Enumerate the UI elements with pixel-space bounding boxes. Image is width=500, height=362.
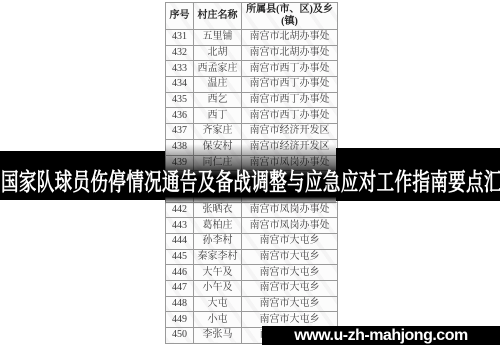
village-name-cell: 孙李村 [194, 233, 242, 249]
row-number-cell: 435 [166, 92, 194, 108]
township-cell: 南宫市凤岗办事处 [242, 202, 338, 218]
row-number-cell: 445 [166, 249, 194, 265]
village-name-cell: 秦家李村 [194, 249, 242, 265]
row-number-cell: 442 [166, 202, 194, 218]
row-number-cell: 436 [166, 108, 194, 124]
table-row: 432北胡南宫市北胡办事处 [166, 45, 338, 61]
row-number-cell: 446 [166, 265, 194, 281]
table-row: 442张晒衣南宫市凤岗办事处 [166, 202, 338, 218]
table-row: 445秦家李村南宫市大屯乡 [166, 249, 338, 265]
row-number-cell: 448 [166, 296, 194, 312]
table-row: 437齐家庄南宫市经济开发区 [166, 124, 338, 140]
village-name-cell: 小午及 [194, 281, 242, 297]
village-name-cell: 西孟家庄 [194, 61, 242, 77]
township-cell: 南宫市西丁办事处 [242, 61, 338, 77]
row-number-cell: 437 [166, 124, 194, 140]
header-township: 所属县(市、区)及乡(镇) [242, 3, 338, 30]
table-row: 431五里铺南宫市北胡办事处 [166, 30, 338, 46]
row-number-cell: 443 [166, 218, 194, 234]
village-name-cell: 温庄 [194, 77, 242, 93]
village-name-cell: 葛柏庄 [194, 218, 242, 234]
village-name-cell: 张晒衣 [194, 202, 242, 218]
village-name-cell: 大午及 [194, 265, 242, 281]
table-row: 447小午及南宫市大屯乡 [166, 281, 338, 297]
village-name-cell: 西乞 [194, 92, 242, 108]
township-cell: 南宫市大屯乡 [242, 296, 338, 312]
township-cell: 南宫市经济开发区 [242, 124, 338, 140]
table-row: 435西乞南宫市西丁办事处 [166, 92, 338, 108]
township-cell: 南宫市凤岗办事处 [242, 218, 338, 234]
township-cell: 南宫市大屯乡 [242, 281, 338, 297]
row-number-cell: 449 [166, 312, 194, 328]
row-number-cell: 447 [166, 281, 194, 297]
table-row: 433西孟家庄南宫市西丁办事处 [166, 61, 338, 77]
village-name-cell: 大屯 [194, 296, 242, 312]
village-name-cell: 齐家庄 [194, 124, 242, 140]
header-village-name: 村庄名称 [194, 3, 242, 30]
header-serial-number: 序号 [166, 3, 194, 30]
township-cell: 南宫市大屯乡 [242, 233, 338, 249]
village-name-cell: 小屯 [194, 312, 242, 328]
table-row: 448大屯南宫市大屯乡 [166, 296, 338, 312]
township-cell: 南宫市西丁办事处 [242, 108, 338, 124]
row-number-cell: 450 [166, 328, 194, 344]
row-number-cell: 434 [166, 77, 194, 93]
township-cell: 南宫市西丁办事处 [242, 92, 338, 108]
township-cell: 南宫市大屯乡 [242, 265, 338, 281]
township-cell: 南宫市大屯乡 [242, 249, 338, 265]
headline-banner: 国家队球员伤停情况通告及备战调整与应急应对工作指南要点汇 [1, 167, 500, 199]
page-canvas: { "banner": { "text": "国家队球员伤停情况通告及备战调整与… [0, 0, 500, 362]
table-row: 444孙李村南宫市大屯乡 [166, 233, 338, 249]
table-row: 443葛柏庄南宫市凤岗办事处 [166, 218, 338, 234]
village-name-cell: 西丁 [194, 108, 242, 124]
row-number-cell: 433 [166, 61, 194, 77]
row-number-cell: 431 [166, 30, 194, 46]
site-watermark: www.u-zh-mahjong.com [262, 326, 500, 345]
row-number-cell: 444 [166, 233, 194, 249]
village-name-cell: 五里铺 [194, 30, 242, 46]
township-cell: 南宫市北胡办事处 [242, 30, 338, 46]
township-cell: 南宫市西丁办事处 [242, 77, 338, 93]
row-number-cell: 432 [166, 45, 194, 61]
village-name-cell: 北胡 [194, 45, 242, 61]
table-header-row: 序号 村庄名称 所属县(市、区)及乡(镇) [166, 3, 338, 30]
table-row: 446大午及南宫市大屯乡 [166, 265, 338, 281]
township-cell: 南宫市北胡办事处 [242, 45, 338, 61]
site-watermark-text: www.u-zh-mahjong.com [294, 327, 467, 345]
headline-text: 国家队球员伤停情况通告及备战调整与应急应对工作指南要点汇 [1, 167, 500, 199]
village-name-cell: 李张马 [194, 328, 242, 344]
table-row: 436西丁南宫市西丁办事处 [166, 108, 338, 124]
table-row: 434温庄南宫市西丁办事处 [166, 77, 338, 93]
